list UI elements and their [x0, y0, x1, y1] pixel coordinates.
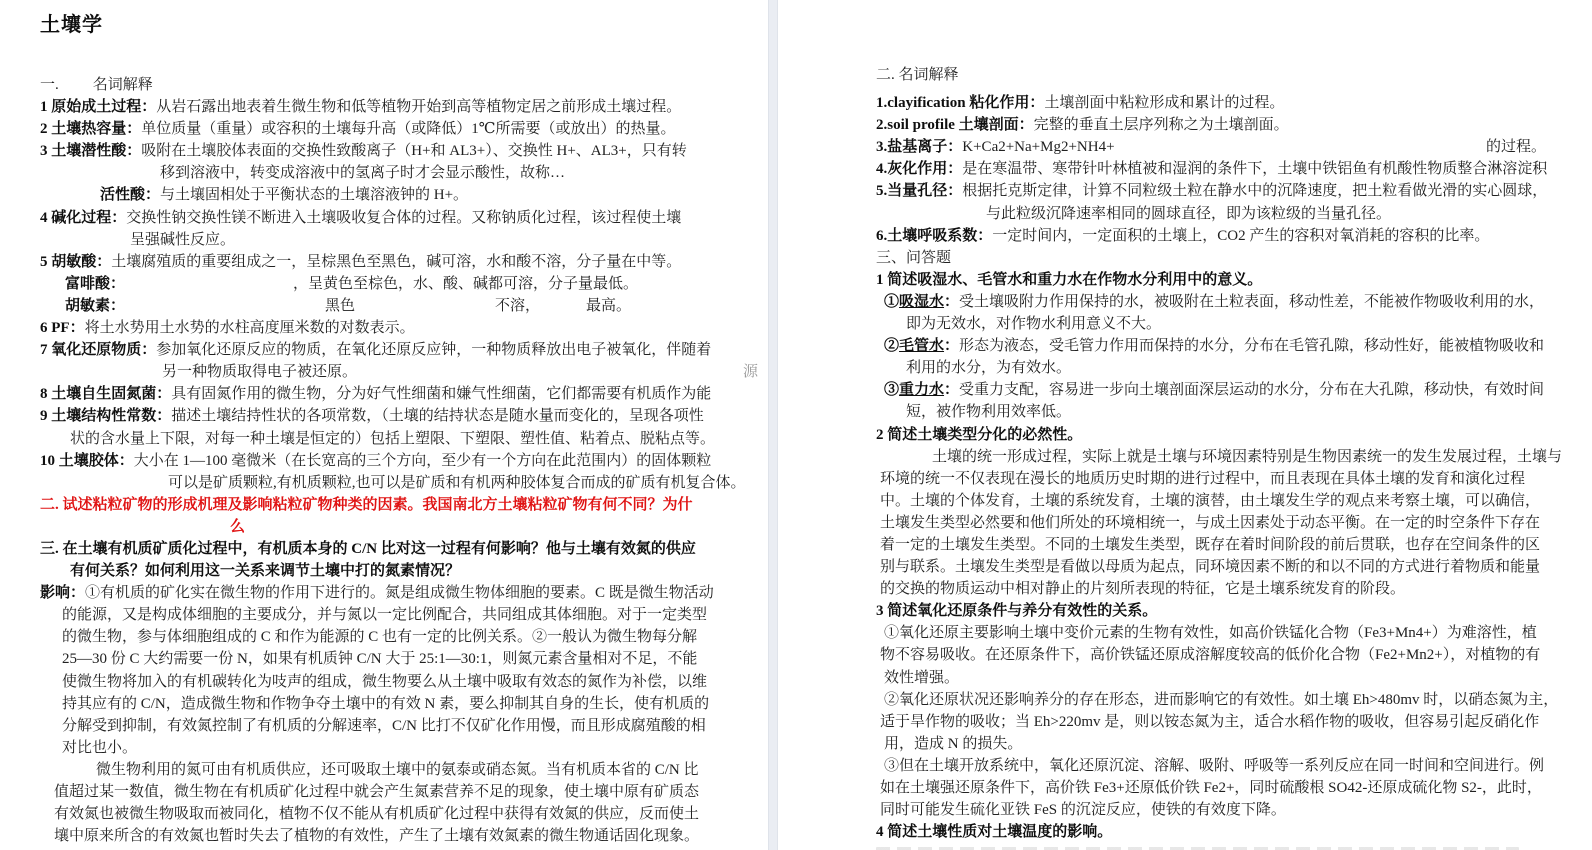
- text-line: 1 原始成土过程：从岩石露出地表着生微生物和低等植物开始到高等植物定居之前形成土…: [40, 96, 758, 118]
- text-line: 适于旱作物的吸收；当 Eh>220mv 是，则以铵态氮为主，适合水稻作物的吸收，…: [876, 711, 1546, 733]
- text-line: ①氧化还原主要影响土壤中变价元素的生物有效性，如高价铁锰化合物（Fe3+Mn4+…: [876, 622, 1546, 644]
- text-line: 可以是矿质颗粒,有机质颗粒,也可以是矿质和有机两种胶体复合而成的矿质有机复合体。: [40, 472, 758, 494]
- text-line: 6.土壤呼吸系数：一定时间内，一定面积的土壤上，CO2 产生的容积对氧消耗的容积…: [876, 225, 1546, 247]
- text-line: 9 土壤结构性常数：描述土壤结持性状的各项常数，（土壤的结持状态是随水量而变化的…: [40, 405, 758, 427]
- text-segment: 移到溶液中，转变成溶液中的氢离子时才会显示酸性，故称…: [160, 165, 565, 181]
- text-segment: 土壤剖面中粘粒形成和累计的过程。: [1044, 95, 1284, 111]
- text-segment: 值超过某一数值，微生物在有机质矿化过程中就会产生氮素营养不足的现象，使土壤中原有…: [54, 784, 699, 800]
- text-line: 着一定的土壤发生类型。不同的土壤发生类型，既存在着时间阶段的前后贯联，也存在空间…: [876, 534, 1546, 556]
- text-segment: 源: [743, 361, 758, 383]
- text-segment: 可以是矿质颗粒,有机质颗粒,也可以是矿质和有机两种胶体复合而成的矿质有机复合体。: [168, 475, 746, 491]
- text-segment: 的能源，又是构成体细胞的主要成分，并与氮以一定比例配合，共同组成其体细胞。对于一…: [62, 607, 707, 623]
- text-line: 移到溶液中，转变成溶液中的氢离子时才会显示酸性，故称…: [40, 162, 758, 184]
- text-line: 呈强碱性反应。: [40, 229, 758, 251]
- text-line: 2 土壤热容量：单位质量（重量）或容积的土壤每升高（或降低）1℃所需要（或放出）…: [40, 118, 758, 140]
- text-segment: 的微生物，参与体细胞组成的 C 和作为能源的 C 也有一定的比例关系。②一般认为…: [62, 629, 697, 645]
- text-line: 状的含水量上下限，对每一种土壤是恒定的）包括上塑限、下塑限、塑性值、粘着点、脱粘…: [40, 428, 758, 450]
- text-line: 10 土壤胶体：大小在 1—100 毫微米（在长宽高的三个方向，至少有一个方向在…: [40, 450, 758, 472]
- text-line: 么: [40, 516, 758, 538]
- text-segment: 胡敏素：: [65, 298, 125, 314]
- text-segment: 利用的水分，为有效水。: [906, 360, 1071, 376]
- text-segment: 短，被作物利用效率低。: [906, 404, 1071, 420]
- text-line: 4.灰化作用：是在寒温带、寒带针叶林植被和湿润的条件下，土壤中铁铝鱼有机酸性物质…: [876, 158, 1546, 180]
- text-line: 同时可能发生硫化亚铁 FeS 的沉淀反应，使铁的有效度下降。: [876, 799, 1546, 821]
- text-segment: 同时可能发生硫化亚铁 FeS 的沉淀反应，使铁的有效度下降。: [880, 802, 1286, 818]
- text-segment: 吸附在土壤胶体表面的交换性致酸离子（H+和 AL3+）、交换性 H+、AL3+，…: [141, 143, 687, 159]
- text-line: 二. 名词解释: [876, 64, 1546, 86]
- text-segment: ：: [944, 382, 959, 398]
- text-line: 4 碱化过程：交换性钠交换性镁不断进入土壤吸收复合体的过程。又称钠质化过程，该过…: [40, 207, 758, 229]
- text-line: 有效氮也被微生物吸取而被同化，植物不仅不能从有机质矿化过程中获得有效氮的供应，反…: [40, 803, 758, 825]
- text-segment: 土壤腐殖质的重要组成之一，呈棕黑色至黑色，碱可溶，水和酸不溶，分子量在中等。: [111, 254, 681, 270]
- text-line: 如在土壤强还原条件下，高价铁 Fe3+还原低价铁 Fe2+，同时硫酸根 SO42…: [876, 777, 1546, 799]
- text-segment: 2.soil profile: [876, 117, 959, 133]
- text-segment: 8 土壤自生固氮菌：: [40, 386, 171, 402]
- text-segment: 微生物利用的氮可由有机质供应，还可吸取土壤中的氨泰或硝态氮。当有机质本省的 C/…: [96, 762, 699, 778]
- text-segment: 对比也小。: [62, 740, 137, 756]
- text-line: 别与联系。土壤发生类型是看做以母质为起点，同环境因素不断的和以不同的方式进行着物…: [876, 556, 1546, 578]
- spacer: [125, 309, 325, 310]
- text-segment: 根据托克斯定律，计算不同粒级土粒在静水中的沉降速度，把土粒看做光滑的实心圆球，: [962, 183, 1547, 199]
- text-line: 环境的统一不仅表现在漫长的地质历史时期的进行过程中，而且表现在具体土壤的发育和演…: [876, 468, 1546, 490]
- text-segment: K+Ca2+Na+Mg2+NH4+: [962, 139, 1114, 155]
- text-segment: 物不容易吸收。在还原条件下，高价铁锰还原成溶解度较高的低价化合物（Fe2+Mn2…: [880, 647, 1540, 663]
- text-segment: 不溶，: [495, 298, 540, 314]
- page-1: 土壤学一.名词解释1 原始成土过程：从岩石露出地表着生微生物和低等植物开始到高等…: [0, 0, 768, 850]
- text-line: 胡敏素：黑色不溶，最高。: [40, 295, 758, 317]
- page-1-content: 土壤学一.名词解释1 原始成土过程：从岩石露出地表着生微生物和低等植物开始到高等…: [40, 10, 758, 850]
- text-segment: 用，造成 N 的损失。: [884, 736, 1022, 752]
- text-segment: 的过程。: [1486, 136, 1546, 158]
- text-line: 3.盐基离子：K+Ca2+Na+Mg2+NH4+的过程。: [876, 136, 1546, 158]
- text-line: 中。土壤的个体发育，土壤的系统发育，土壤的演替，由土壤发生学的观点来考察土壤，可…: [876, 490, 1546, 512]
- text-segment: ③: [884, 382, 899, 398]
- text-segment: 土壤的统一形成过程，实际上就是土壤与环境因素特别是生物因素统一的发生发展过程，土…: [932, 449, 1562, 465]
- text-line: ③重力水：受重力支配，容易进一步向土壤剖面深层运动的水分，分布在大孔隙，移动快，…: [876, 379, 1546, 401]
- text-line: 2 简述土壤类型分化的必然性。: [876, 424, 1546, 446]
- spacer: [59, 88, 93, 89]
- text-line: 的微生物，参与体细胞组成的 C 和作为能源的 C 也有一定的比例关系。②一般认为…: [40, 626, 758, 648]
- spacer: [355, 309, 495, 310]
- text-segment: 影响：: [40, 585, 85, 601]
- text-segment: 交换性钠交换性镁不断进入土壤吸收复合体的过程。又称钠质化过程，该过程使土壤: [126, 210, 681, 226]
- text-line: 1 简述吸湿水、毛管水和重力水在作物水分利用中的意义。: [876, 269, 1546, 291]
- text-segment: 别与联系。土壤发生类型是看做以母质为起点，同环境因素不断的和以不同的方式进行着物…: [880, 559, 1540, 575]
- text-segment: 2 土壤热容量：: [40, 121, 141, 137]
- text-segment: 3 简述氧化还原条件与养分有效性的关系。: [876, 603, 1157, 619]
- text-line: 二. 试述粘粒矿物的形成机理及影响粘粒矿物种类的因素。我国南北方土壤粘粒矿物有何…: [40, 494, 758, 516]
- text-segment: 粘化作用：: [969, 95, 1044, 111]
- text-segment: 活性酸：: [100, 187, 160, 203]
- text-line: 6 PF：将土水势用土水势的水柱高度厘米数的对数表示。: [40, 317, 758, 339]
- text-line: 即为无效水，对作物水利用意义不大。: [876, 313, 1546, 335]
- text-line: 土壤的统一形成过程，实际上就是土壤与环境因素特别是生物因素统一的发生发展过程，土…: [876, 446, 1546, 468]
- text-segment: ，呈黄色至棕色，水、酸、碱都可溶，分子量最低。: [293, 276, 638, 292]
- text-line: 使微生物将加入的有机碳转化为吱声的组成，微生物要么从土壤中吸取有效态的氮作为补偿…: [40, 671, 758, 693]
- text-line: 3 简述氧化还原条件与养分有效性的关系。: [876, 600, 1546, 622]
- text-segment: 一.: [40, 77, 59, 93]
- text-segment: 具有固氮作用的微生物，分为好气性细菌和嫌气性细菌，它们都需要有机质作为能: [171, 386, 711, 402]
- text-segment: 与土壤固相处于平衡状态的土壤溶液钟的 H+。: [160, 187, 468, 203]
- text-segment: 吸湿水: [899, 294, 944, 310]
- text-segment: 分解受到抑制，有效氮控制了有机质的分解速率，C/N 比打不仅矿化作用慢，而且形成…: [62, 718, 706, 734]
- page-2-content: 二. 名词解释1.clayification 粘化作用：土壤剖面中粘粒形成和累计…: [876, 64, 1546, 850]
- text-segment: 重力水: [899, 382, 944, 398]
- text-segment: 壤中原来所含的有效氮也暂时失去了植物的有效性，产生了土壤有效氮素的微生物通话固化…: [54, 828, 699, 844]
- text-line: 活性酸：与土壤固相处于平衡状态的土壤溶液钟的 H+。: [40, 184, 758, 206]
- text-segment: 状的含水量上下限，对每一种土壤是恒定的）包括上塑限、下塑限、塑性值、粘着点、脱粘…: [70, 431, 715, 447]
- text-line: 一.名词解释: [40, 74, 758, 96]
- text-line: 的交换的物质运动中相对静止的片刻所表现的特征，它是土壤系统发育的阶段。: [876, 578, 1546, 600]
- text-line: 与此粒级沉降速率相同的圆球直径，即为该粒级的当量孔径。: [876, 203, 1546, 225]
- text-segment: 么: [230, 519, 245, 535]
- text-segment: 适于旱作物的吸收；当 Eh>220mv 是，则以铵态氮为主，适合水稻作物的吸收，…: [880, 714, 1539, 730]
- text-line: 壤中原来所含的有效氮也暂时失去了植物的有效性，产生了土壤有效氮素的微生物通话固化…: [40, 825, 758, 847]
- text-segment: 最高。: [586, 298, 631, 314]
- text-segment: 如在土壤强还原条件下，高价铁 Fe3+还原低价铁 Fe2+，同时硫酸根 SO42…: [880, 780, 1542, 796]
- text-segment: ：: [944, 338, 959, 354]
- text-line: 5.当量孔径：根据托克斯定律，计算不同粒级土粒在静水中的沉降速度，把土粒看做光滑…: [876, 180, 1546, 202]
- text-segment: 土壤剖面：: [959, 117, 1034, 133]
- text-line: 有何关系？如何利用这一关系来调节土壤中打的氮素情况？: [40, 560, 758, 582]
- text-segment: 受土壤吸附力作用保持的水，被吸附在土粒表面，移动性差，不能被作物吸收利用的水，: [959, 294, 1544, 310]
- text-line: 短，被作物利用效率低。: [876, 401, 1546, 423]
- text-line: 5 胡敏酸：土壤腐殖质的重要组成之一，呈棕黑色至黑色，碱可溶，水和酸不溶，分子量…: [40, 251, 758, 273]
- page-gap: [768, 0, 778, 850]
- text-segment: 毛管水: [899, 338, 944, 354]
- text-segment: 有何关系？如何利用这一关系来调节土壤中打的氮素情况？: [70, 563, 460, 579]
- text-segment: ：: [944, 294, 959, 310]
- text-segment: 将土水势用土水势的水柱高度厘米数的对数表示。: [85, 320, 415, 336]
- text-line: 三. 在土壤有机质矿质化过程中，有机质本身的 C/N 比对这一过程有何影响？他与…: [40, 538, 758, 560]
- text-segment: 从岩石露出地表着生微生物和低等植物开始到高等植物定居之前形成土壤过程。: [156, 99, 681, 115]
- text-line: 的能源，又是构成体细胞的主要成分，并与氮以一定比例配合，共同组成其体细胞。对于一…: [40, 604, 758, 626]
- text-line: 效性增强。: [876, 667, 1546, 689]
- document-viewer: { "colors":{"text":"#212121","bold_text"…: [0, 0, 1592, 850]
- text-line: 影响：①有机质的矿化实在微生物的作用下进行的。氮是组成微生物体细胞的要素。C 既…: [40, 582, 758, 604]
- document-title: 土壤学: [40, 10, 758, 40]
- text-segment: 6.土壤呼吸系数：: [876, 228, 992, 244]
- text-segment: 5.当量孔径：: [876, 183, 962, 199]
- text-segment: 6 PF：: [40, 320, 85, 336]
- text-line: ②氧化还原状况还影响养分的存在形态，进而影响它的有效性。如土壤 Eh>480mv…: [876, 689, 1546, 711]
- spacer: [540, 309, 586, 310]
- text-segment: 三. 在土壤有机质矿质化过程中，有机质本身的 C/N 比对这一过程有何影响？他与…: [40, 541, 696, 557]
- text-segment: 形态为液态，受毛管力作用而保持的水分，分布在毛管孔隙，移动性好，能被植物吸收和: [959, 338, 1544, 354]
- text-line: 持其应有的 C/N，造成微生物和作物争夺土壤中的有效 N 素，要么抑制其自身的生…: [40, 693, 758, 715]
- text-line: 物不容易吸收。在还原条件下，高价铁锰还原成溶解度较高的低价化合物（Fe2+Mn2…: [876, 644, 1546, 666]
- text-segment: 描述土壤结持性状的各项常数，（土壤的结持状态是随水量而变化的，呈现各项性: [171, 408, 704, 424]
- text-segment: ①: [884, 294, 899, 310]
- text-segment: 即为无效水，对作物水利用意义不大。: [906, 316, 1161, 332]
- text-line: 微生物利用的氮可由有机质供应，还可吸取土壤中的氨泰或硝态氮。当有机质本省的 C/…: [40, 759, 758, 781]
- text-segment: 4.灰化作用：: [876, 161, 962, 177]
- text-segment: 完整的垂直土层序列称之为土壤剖面。: [1034, 117, 1289, 133]
- page-2: 二. 名词解释1.clayification 粘化作用：土壤剖面中粘粒形成和累计…: [778, 0, 1592, 850]
- text-line: ②毛管水：形态为液态，受毛管力作用而保持的水分，分布在毛管孔隙，移动性好，能被植…: [876, 335, 1546, 357]
- text-segment: 4 碱化过程：: [40, 210, 126, 226]
- text-segment: 黑色: [325, 298, 355, 314]
- text-segment: 4 简述土壤性质对土壤温度的影响。: [876, 824, 1112, 840]
- text-line: 2.soil profile 土壤剖面：完整的垂直土层序列称之为土壤剖面。: [876, 114, 1546, 136]
- text-segment: 二. 试述粘粒矿物的形成机理及影响粘粒矿物种类的因素。我国南北方土壤粘粒矿物有何…: [40, 497, 693, 513]
- text-segment: 9 土壤结构性常数：: [40, 408, 171, 424]
- text-segment: 参加氧化还原反应的物质，在氧化还原反应钟，一种物质释放出电子被氧化，伴随着: [156, 342, 711, 358]
- text-segment: 持其应有的 C/N，造成微生物和作物争夺土壤中的有效 N 素，要么抑制其自身的生…: [62, 696, 709, 712]
- text-segment: ①氧化还原主要影响土壤中变价元素的生物有效性，如高价铁锰化合物（Fe3+Mn4+…: [884, 625, 1537, 641]
- text-segment: 有效氮也被微生物吸取而被同化，植物不仅不能从有机质矿化过程中获得有效氮的供应，反…: [54, 806, 699, 822]
- text-line: 1.clayification 粘化作用：土壤剖面中粘粒形成和累计的过程。: [876, 92, 1546, 114]
- text-line: ③但在土壤开放系统中，氧化还原沉淀、溶解、吸附、呼吸等一系列反应在同一时间和空间…: [876, 755, 1546, 777]
- text-segment: 单位质量（重量）或容积的土壤每升高（或降低）1℃所需要（或放出）的热量。: [141, 121, 675, 137]
- text-line: 3 土壤潜性酸：吸附在土壤胶体表面的交换性致酸离子（H+和 AL3+）、交换性 …: [40, 140, 758, 162]
- spacer: [125, 287, 293, 288]
- text-segment: ②氧化还原状况还影响养分的存在形态，进而影响它的有效性。如土壤 Eh>480mv…: [884, 692, 1558, 708]
- text-segment: 另一种物质取得电子被还原。: [162, 364, 357, 380]
- text-line: 对比也小。: [40, 737, 758, 759]
- text-segment: 10 土壤胶体：: [40, 453, 134, 469]
- text-segment: 5 胡敏酸：: [40, 254, 111, 270]
- text-segment: 着一定的土壤发生类型。不同的土壤发生类型，既存在着时间阶段的前后贯联，也存在空间…: [880, 537, 1540, 553]
- text-line: 4 简述土壤性质对土壤温度的影响。: [876, 821, 1546, 843]
- text-line: 富啡酸：，呈黄色至棕色，水、酸、碱都可溶，分子量最低。: [40, 273, 758, 295]
- text-line: ①吸湿水：受土壤吸附力作用保持的水，被吸附在土粒表面，移动性差，不能被作物吸收利…: [876, 291, 1546, 313]
- text-segment: 使微生物将加入的有机碳转化为吱声的组成，微生物要么从土壤中吸取有效态的氮作为补偿…: [62, 674, 707, 690]
- text-segment: 3 土壤潜性酸：: [40, 143, 141, 159]
- text-line: 分解受到抑制，有效氮控制了有机质的分解速率，C/N 比打不仅矿化作用慢，而且形成…: [40, 715, 758, 737]
- text-segment: 中。土壤的个体发育，土壤的系统发育，土壤的演替，由土壤发生学的观点来考察土壤，可…: [880, 493, 1540, 509]
- text-segment: 3.盐基离子：: [876, 139, 962, 155]
- text-segment: 大小在 1—100 毫微米（在长宽高的三个方向，至少有一个方向在此范围内）的固体…: [134, 453, 712, 469]
- text-line: 7 氧化还原物质：参加氧化还原反应的物质，在氧化还原反应钟，一种物质释放出电子被…: [40, 339, 758, 361]
- text-line: 三、问答题: [876, 247, 1546, 269]
- text-segment: 环境的统一不仅表现在漫长的地质历史时期的进行过程中，而且表现在具体土壤的发育和演…: [880, 471, 1525, 487]
- text-segment: 效性增强。: [884, 670, 959, 686]
- text-line: 另一种物质取得电子被还原。源: [40, 361, 758, 383]
- text-line: 25—30 份 C 大约需要一份 N，如果有机质钟 C/N 大于 25:1—30…: [40, 648, 758, 670]
- text-segment: 土壤学: [40, 14, 103, 36]
- text-segment: 呈强碱性反应。: [130, 232, 235, 248]
- text-segment: 的交换的物质运动中相对静止的片刻所表现的特征，它是土壤系统发育的阶段。: [880, 581, 1405, 597]
- text-line: 土壤发生类型必然要和他们所处的环境相统一，与成土因素处于动态平衡。在一定的时空条…: [876, 512, 1546, 534]
- text-segment: 名词解释: [93, 77, 153, 93]
- text-line: 用，造成 N 的损失。: [876, 733, 1546, 755]
- text-segment: 受重力支配，容易进一步向土壤剖面深层运动的水分，分布在大孔隙，移动快，有效时间: [959, 382, 1544, 398]
- text-line: 8 土壤自生固氮菌：具有固氮作用的微生物，分为好气性细菌和嫌气性细菌，它们都需要…: [40, 383, 758, 405]
- text-segment: 与此粒级沉降速率相同的圆球直径，即为该粒级的当量孔径。: [986, 206, 1391, 222]
- text-segment: 富啡酸：: [65, 276, 125, 292]
- text-segment: 1 原始成土过程：: [40, 99, 156, 115]
- text-line: 利用的水分，为有效水。: [876, 357, 1546, 379]
- text-segment: 7 氧化还原物质：: [40, 342, 156, 358]
- text-segment: 二. 名词解释: [876, 67, 959, 83]
- text-segment: 三、问答题: [876, 250, 951, 266]
- text-segment: 土壤发生类型必然要和他们所处的环境相统一，与成土因素处于动态平衡。在一定的时空条…: [880, 515, 1540, 531]
- text-segment: ③但在土壤开放系统中，氧化还原沉淀、溶解、吸附、呼吸等一系列反应在同一时间和空间…: [884, 758, 1544, 774]
- text-line: 值超过某一数值，微生物在有机质矿化过程中就会产生氮素营养不足的现象，使土壤中原有…: [40, 781, 758, 803]
- text-segment: 1.clayification: [876, 95, 969, 111]
- text-segment: 一定时间内，一定面积的土壤上，CO2 产生的容积对氧消耗的容积的比率。: [992, 228, 1489, 244]
- text-segment: 1 简述吸湿水、毛管水和重力水在作物水分利用中的意义。: [876, 272, 1262, 288]
- text-segment: ①有机质的矿化实在微生物的作用下进行的。氮是组成微生物体细胞的要素。C 既是微生…: [85, 585, 714, 601]
- text-segment: 25—30 份 C 大约需要一份 N，如果有机质钟 C/N 大于 25:1—30…: [62, 651, 697, 667]
- text-segment: ②: [884, 338, 899, 354]
- text-segment: 是在寒温带、寒带针叶林植被和湿润的条件下，土壤中铁铝鱼有机酸性物质整合淋溶淀积: [962, 161, 1547, 177]
- text-segment: 2 简述土壤类型分化的必然性。: [876, 427, 1082, 443]
